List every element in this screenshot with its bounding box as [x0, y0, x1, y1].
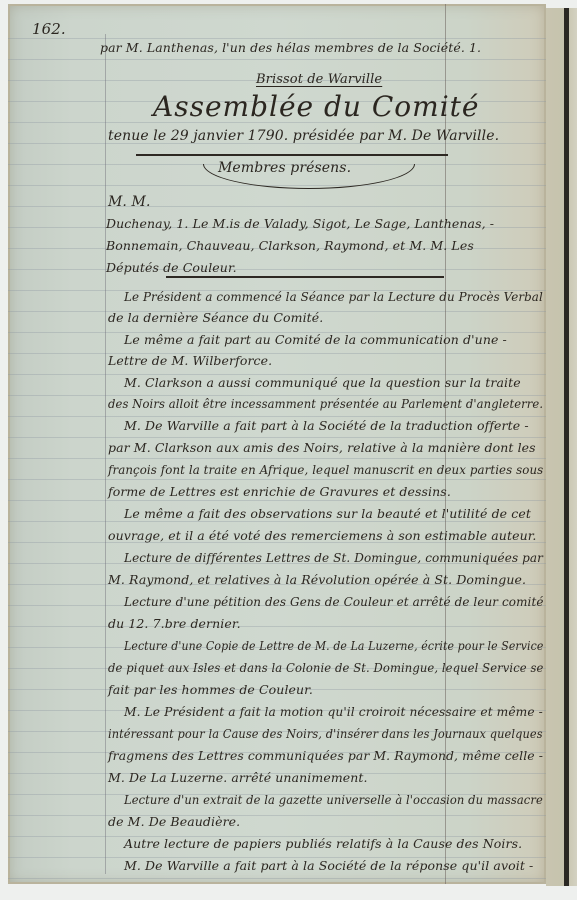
members-line: Députés de Couleur. — [106, 260, 237, 276]
minutes-line: Le Président a commencé la Séance par la… — [124, 289, 543, 305]
minutes-line: M. Clarkson a aussi communiqué que la qu… — [124, 375, 521, 391]
minutes-line: M. Le Président a fait la motion qu'il c… — [124, 704, 543, 720]
minutes-line: Le même a fait part au Comité de la comm… — [124, 332, 507, 348]
minutes-line: M. De Warville a fait part à la Société … — [124, 418, 529, 434]
signature: Brissot de Warville — [256, 72, 382, 87]
minutes-line: Lecture de différentes Lettres de St. Do… — [124, 550, 543, 566]
minutes-line: du 12. 7.bre dernier. — [108, 616, 241, 632]
minutes-line: M. De La Luzerne. arrêté unanimement. — [108, 770, 368, 786]
left-margin-rule — [105, 34, 106, 874]
minutes-line: par M. Clarkson aux amis des Noirs, rela… — [108, 440, 536, 456]
page-number: 162. — [32, 20, 66, 38]
members-line: Duchenay, 1. Le M.is de Valady, Sigot, L… — [106, 216, 494, 232]
meeting-subtitle: tenue le 29 janvier 1790. présidée par M… — [108, 128, 499, 144]
minutes-line: Lecture d'un extrait de la gazette unive… — [124, 792, 543, 808]
members-line: Bonnemain, Chauveau, Clarkson, Raymond, … — [106, 238, 474, 254]
minutes-line: fait par les hommes de Couleur. — [108, 682, 313, 698]
minutes-line: ouvrage, et il a été voté des remercieme… — [108, 528, 537, 544]
minutes-line: Lecture d'une pétition des Gens de Coule… — [124, 594, 544, 610]
minutes-line: Lettre de M. Wilberforce. — [108, 353, 272, 369]
minutes-line: forme de Lettres est enrichie de Gravure… — [108, 484, 451, 500]
minutes-line: Lecture d'une Copie de Lettre de M. de L… — [124, 638, 543, 654]
minutes-line: intéressant pour la Cause des Noirs, d'i… — [108, 726, 543, 742]
minutes-line: françois font la traite en Afrique, lequ… — [108, 462, 543, 478]
minutes-line: M. Raymond, et relatives à la Révolution… — [108, 572, 526, 588]
minutes-line: de M. De Beaudière. — [108, 814, 240, 830]
book-spine-edge — [546, 8, 577, 886]
minutes-line: Le même a fait des observations sur la b… — [124, 506, 531, 522]
minutes-line: fragmens des Lettres communiquées par M.… — [108, 748, 543, 764]
meeting-title: Assemblée du Comité — [153, 90, 479, 123]
minutes-line: de la dernière Séance du Comité. — [108, 310, 323, 326]
minutes-line: M. De Warville a fait part à la Société … — [124, 858, 533, 874]
minutes-line: de piquet aux Isles et dans la Colonie d… — [108, 660, 543, 676]
carryover-line: par M. Lanthenas, l'un des hélas membres… — [100, 40, 481, 56]
minutes-line: des Noirs alloit être incessamment prése… — [108, 396, 543, 412]
binding-gutter-line — [564, 8, 569, 886]
minutes-line: Autre lecture de papiers publiés relatif… — [124, 836, 522, 852]
manuscript-page: 162. par M. Lanthenas, l'un des hélas me… — [8, 4, 546, 884]
title-underline — [136, 154, 448, 156]
members-underline — [166, 276, 444, 278]
members-prefix: M. M. — [108, 194, 151, 210]
